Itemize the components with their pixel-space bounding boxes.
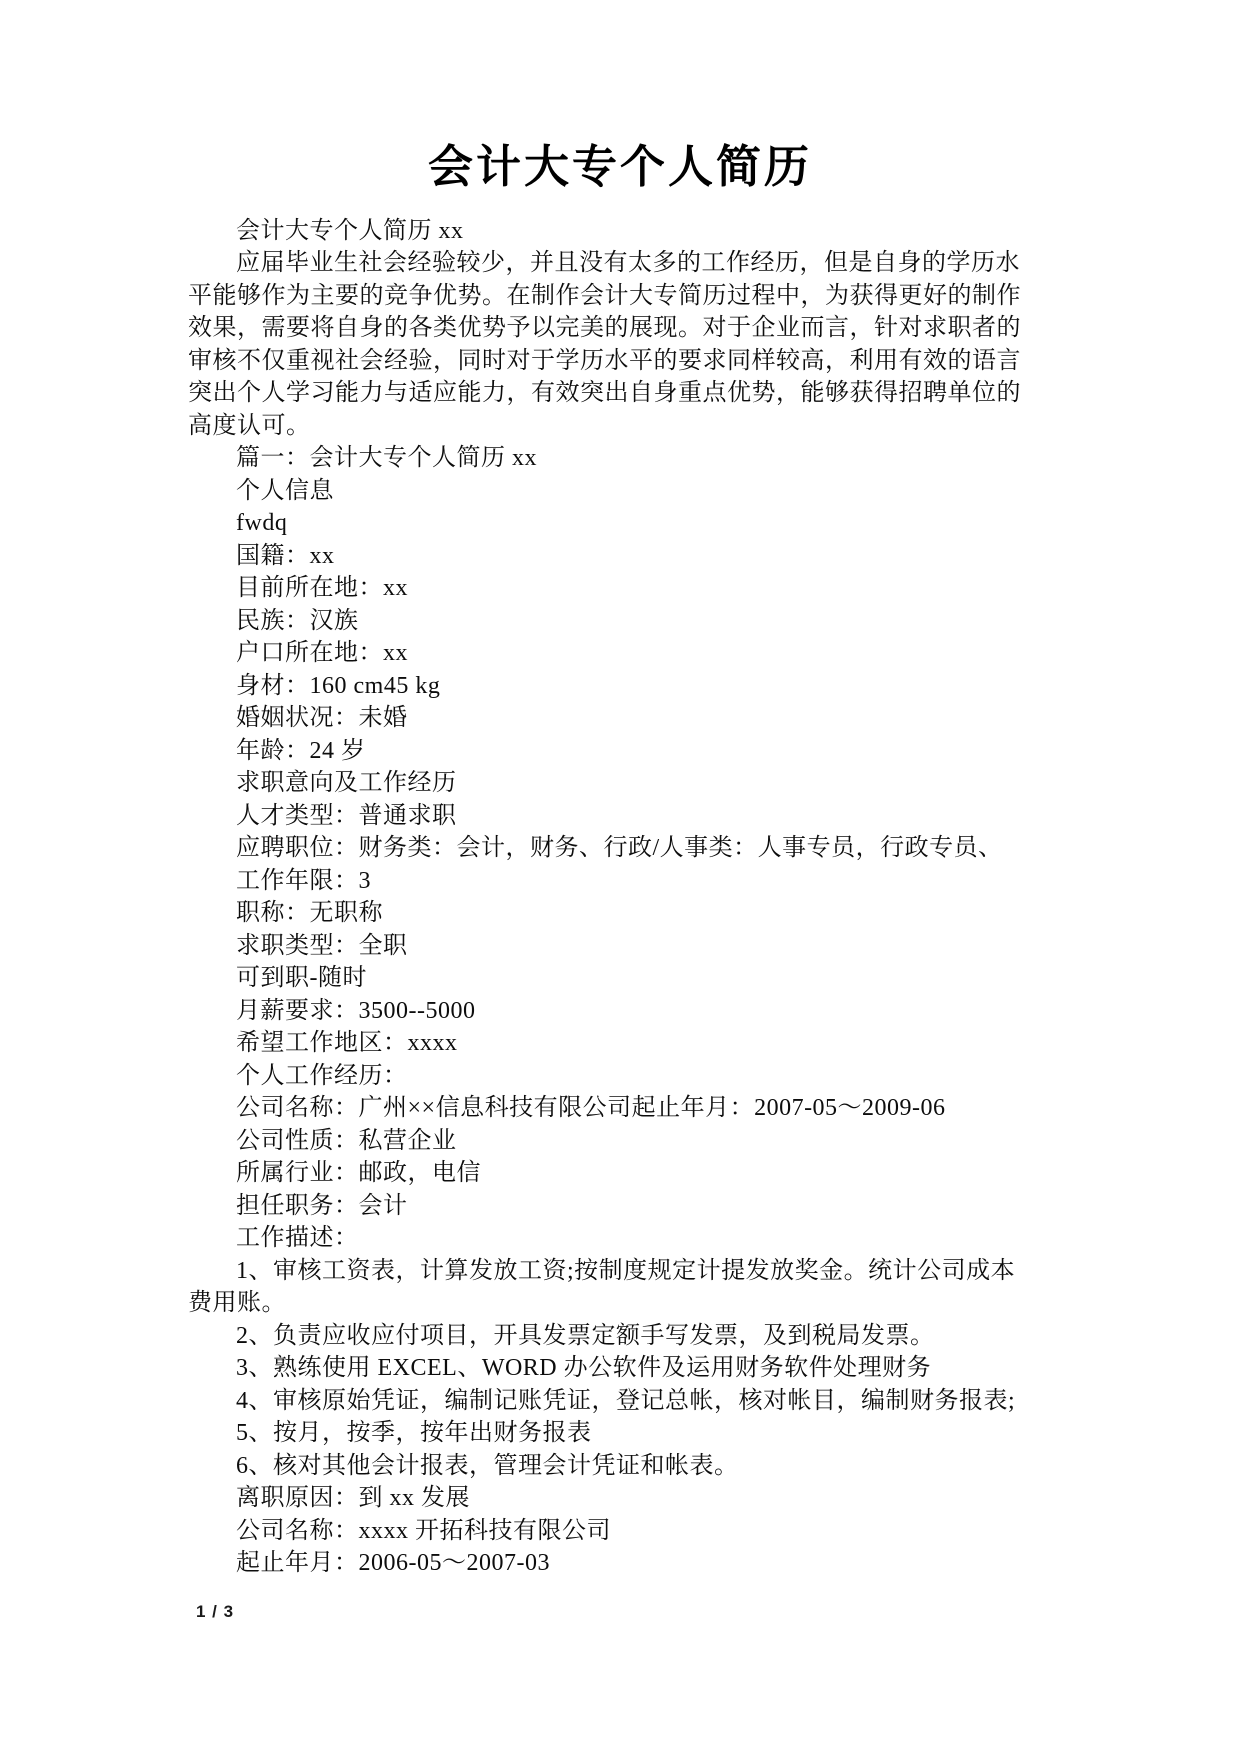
text-line: 身材：160 cm45 kg <box>188 670 1068 703</box>
text-line: 民族：汉族 <box>188 605 1068 638</box>
text-line: 希望工作地区：xxxx <box>188 1027 1068 1060</box>
text-line: 年龄：24 岁 <box>188 735 1068 768</box>
text-line: 公司名称：xxxx 开拓科技有限公司 <box>188 1515 1068 1548</box>
text-line: 人才类型：普通求职 <box>188 800 1068 833</box>
text-line: 户口所在地：xx <box>188 637 1068 670</box>
document-page: 会计大专个人简历 会计大专个人简历 xx应届毕业生社会经验较少，并且没有太多的工… <box>0 0 1240 1753</box>
text-line: 起止年月：2006-05～2007-03 <box>188 1547 1068 1580</box>
text-line: 个人信息 <box>188 475 1068 508</box>
text-line: 4、审核原始凭证，编制记账凭证，登记总帐，核对帐目，编制财务报表; <box>188 1385 1068 1418</box>
text-line: 1、审核工资表，计算发放工资;按制度规定计提发放奖金。统计公司成本 <box>188 1255 1068 1288</box>
text-line: 担任职务：会计 <box>188 1190 1068 1223</box>
text-line: 平能够作为主要的竞争优势。在制作会计大专简历过程中，为获得更好的制作 <box>188 280 1068 313</box>
text-line: 求职意向及工作经历 <box>188 767 1068 800</box>
text-line: fwdq <box>188 507 1068 540</box>
text-line: 目前所在地：xx <box>188 572 1068 605</box>
text-line: 3、熟练使用 EXCEL、WORD 办公软件及运用财务软件处理财务 <box>188 1352 1068 1385</box>
document-body: 会计大专个人简历 xx应届毕业生社会经验较少，并且没有太多的工作经历，但是自身的… <box>188 215 1068 1580</box>
text-line: 月薪要求：3500--5000 <box>188 995 1068 1028</box>
text-line: 国籍：xx <box>188 540 1068 573</box>
text-line: 高度认可。 <box>188 410 1068 443</box>
text-line: 会计大专个人简历 xx <box>188 215 1068 248</box>
text-line: 2、负责应收应付项目，开具发票定额手写发票，及到税局发票。 <box>188 1320 1068 1353</box>
text-line: 5、按月，按季，按年出财务报表 <box>188 1417 1068 1450</box>
text-line: 效果，需要将自身的各类优势予以完美的展现。对于企业而言，针对求职者的 <box>188 312 1068 345</box>
text-line: 工作年限：3 <box>188 865 1068 898</box>
text-line: 婚姻状况：未婚 <box>188 702 1068 735</box>
text-line: 应届毕业生社会经验较少，并且没有太多的工作经历，但是自身的学历水 <box>188 247 1068 280</box>
text-line: 所属行业：邮政，电信 <box>188 1157 1068 1190</box>
text-line: 可到职-随时 <box>188 962 1068 995</box>
text-line: 突出个人学习能力与适应能力，有效突出自身重点优势，能够获得招聘单位的 <box>188 377 1068 410</box>
document-title: 会计大专个人简历 <box>0 0 1240 197</box>
text-line: 职称：无职称 <box>188 897 1068 930</box>
page-number: 1 / 3 <box>196 1602 234 1621</box>
text-line: 公司性质：私营企业 <box>188 1125 1068 1158</box>
text-line: 公司名称：广州××信息科技有限公司起止年月：2007-05～2009-06 <box>188 1092 1068 1125</box>
text-line: 工作描述： <box>188 1222 1068 1255</box>
text-line: 个人工作经历： <box>188 1060 1068 1093</box>
text-line: 费用账。 <box>188 1287 1068 1320</box>
page-footer: 1 / 3 <box>196 1602 234 1622</box>
text-line: 篇一：会计大专个人简历 xx <box>188 442 1068 475</box>
text-line: 6、核对其他会计报表，管理会计凭证和帐表。 <box>188 1450 1068 1483</box>
text-line: 离职原因：到 xx 发展 <box>188 1482 1068 1515</box>
text-line: 应聘职位：财务类：会计，财务、行政/人事类：人事专员，行政专员、 <box>188 832 1068 865</box>
text-line: 审核不仅重视社会经验，同时对于学历水平的要求同样较高，利用有效的语言 <box>188 345 1068 378</box>
text-line: 求职类型：全职 <box>188 930 1068 963</box>
